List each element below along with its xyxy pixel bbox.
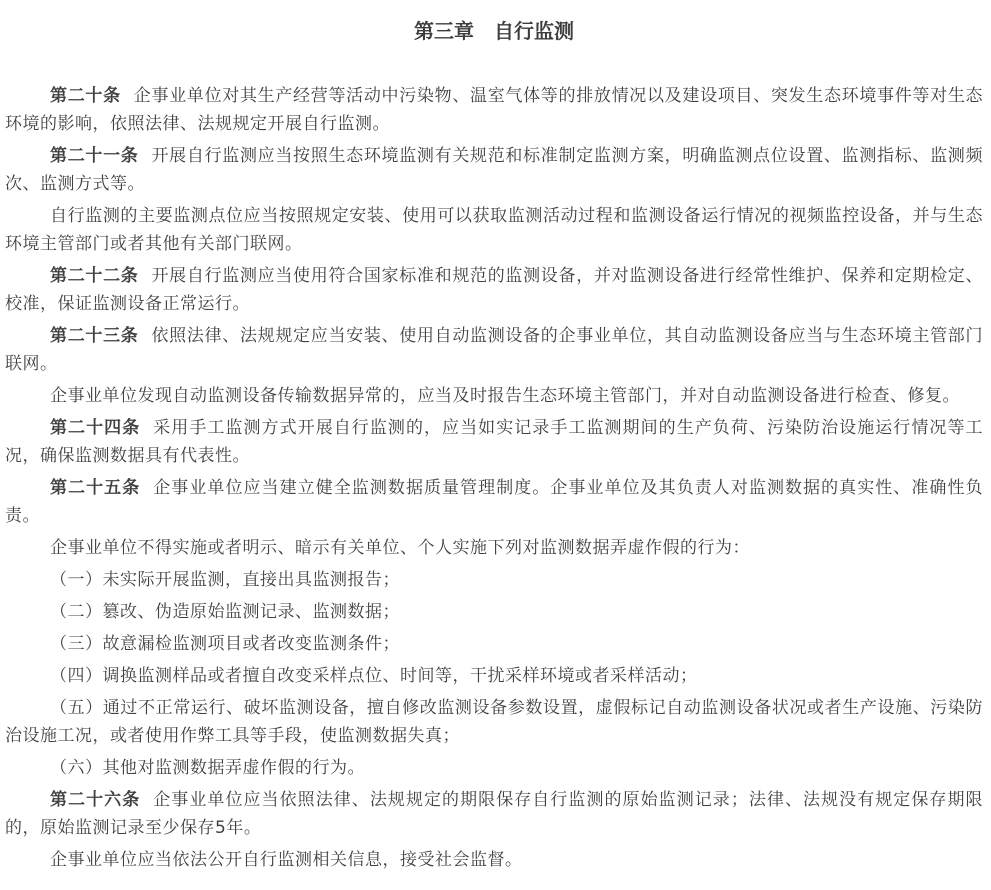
- paragraph-text: （三）故意漏检监测项目或者改变监测条件；: [50, 634, 400, 654]
- article-number: 第二十六条: [50, 790, 140, 810]
- article-25-paragraph: 第二十五条企事业单位应当建立健全监测数据质量管理制度。企事业单位及其负责人对监测…: [5, 474, 983, 530]
- article-24-paragraph: 第二十四条采用手工监测方式开展自行监测的，应当如实记录手工监测期间的生产负荷、污…: [5, 414, 983, 470]
- article-25-paragraph-2: 企事业单位不得实施或者明示、暗示有关单位、个人实施下列对监测数据弄虚作假的行为：: [5, 534, 983, 562]
- article-21-paragraph-2: 自行监测的主要监测点位应当按照规定安装、使用可以获取监测活动过程和监测设备运行情…: [5, 202, 983, 258]
- article-number: 第二十三条: [50, 326, 138, 346]
- article-23-paragraph-2: 企事业单位发现自动监测设备传输数据异常的，应当及时报告生态环境主管部门，并对自动…: [5, 382, 983, 410]
- paragraph-text: 企事业单位对其生产经营等活动中污染物、温室气体等的排放情况以及建设项目、突发生态…: [5, 86, 983, 134]
- prohibited-act-item-2: （二）篡改、伪造原始监测记录、监测数据；: [5, 598, 983, 626]
- paragraph-text: 开展自行监测应当按照生态环境监测有关规范和标准制定监测方案，明确监测点位设置、监…: [5, 146, 983, 194]
- paragraph-text: 企事业单位发现自动监测设备传输数据异常的，应当及时报告生态环境主管部门，并对自动…: [50, 386, 960, 406]
- article-23-paragraph: 第二十三条依照法律、法规规定应当安装、使用自动监测设备的企事业单位，其自动监测设…: [5, 322, 983, 378]
- prohibited-act-item-6: （六）其他对监测数据弄虚作假的行为。: [5, 754, 983, 782]
- paragraph-text: 企事业单位应当建立健全监测数据质量管理制度。企事业单位及其负责人对监测数据的真实…: [5, 478, 983, 526]
- legal-document-page: 第三章 自行监测 第二十条企事业单位对其生产经营等活动中污染物、温室气体等的排放…: [0, 0, 991, 890]
- paragraph-text: （四）调换监测样品或者擅自改变采样点位、时间等，干扰采样环境或者采样活动；: [50, 666, 698, 686]
- article-number: 第二十四条: [50, 418, 140, 438]
- paragraph-text: 开展自行监测应当使用符合国家标准和规范的监测设备，并对监测设备进行经常性维护、保…: [5, 266, 983, 314]
- paragraph-text: （五）通过不正常运行、破坏监测设备，擅自修改监测设备参数设置，虚假标记自动监测设…: [5, 698, 983, 746]
- paragraph-text: 自行监测的主要监测点位应当按照规定安装、使用可以获取监测活动过程和监测设备运行情…: [5, 206, 983, 254]
- paragraph-text: 企事业单位不得实施或者明示、暗示有关单位、个人实施下列对监测数据弄虚作假的行为：: [50, 538, 750, 558]
- article-number: 第二十条: [50, 86, 121, 106]
- paragraph-text: （二）篡改、伪造原始监测记录、监测数据；: [50, 602, 400, 622]
- chapter-title: 第三章 自行监测: [5, 16, 983, 46]
- article-26-paragraph: 第二十六条企事业单位应当依照法律、法规规定的期限保存自行监测的原始监测记录；法律…: [5, 786, 983, 842]
- article-22-paragraph: 第二十二条开展自行监测应当使用符合国家标准和规范的监测设备，并对监测设备进行经常…: [5, 262, 983, 318]
- article-21-paragraph: 第二十一条开展自行监测应当按照生态环境监测有关规范和标准制定监测方案，明确监测点…: [5, 142, 983, 198]
- paragraph-text: 依照法律、法规规定应当安装、使用自动监测设备的企事业单位，其自动监测设备应当与生…: [5, 326, 983, 374]
- paragraph-text: （六）其他对监测数据弄虚作假的行为。: [50, 758, 365, 778]
- paragraph-text: 企事业单位应当依照法律、法规规定的期限保存自行监测的原始监测记录；法律、法规没有…: [5, 790, 983, 838]
- paragraph-text: 企事业单位应当依法公开自行监测相关信息，接受社会监督。: [50, 850, 523, 870]
- article-number: 第二十一条: [50, 146, 138, 166]
- paragraph-text: 采用手工监测方式开展自行监测的，应当如实记录手工监测期间的生产负荷、污染防治设施…: [5, 418, 983, 466]
- article-20-paragraph: 第二十条企事业单位对其生产经营等活动中污染物、温室气体等的排放情况以及建设项目、…: [5, 82, 983, 138]
- paragraph-text: （一）未实际开展监测，直接出具监测报告；: [50, 570, 400, 590]
- prohibited-act-item-1: （一）未实际开展监测，直接出具监测报告；: [5, 566, 983, 594]
- article-number: 第二十二条: [50, 266, 138, 286]
- prohibited-act-item-4: （四）调换监测样品或者擅自改变采样点位、时间等，干扰采样环境或者采样活动；: [5, 662, 983, 690]
- article-26-paragraph-2: 企事业单位应当依法公开自行监测相关信息，接受社会监督。: [5, 846, 983, 874]
- prohibited-act-item-5: （五）通过不正常运行、破坏监测设备，擅自修改监测设备参数设置，虚假标记自动监测设…: [5, 694, 983, 750]
- article-number: 第二十五条: [50, 478, 140, 498]
- prohibited-act-item-3: （三）故意漏检监测项目或者改变监测条件；: [5, 630, 983, 658]
